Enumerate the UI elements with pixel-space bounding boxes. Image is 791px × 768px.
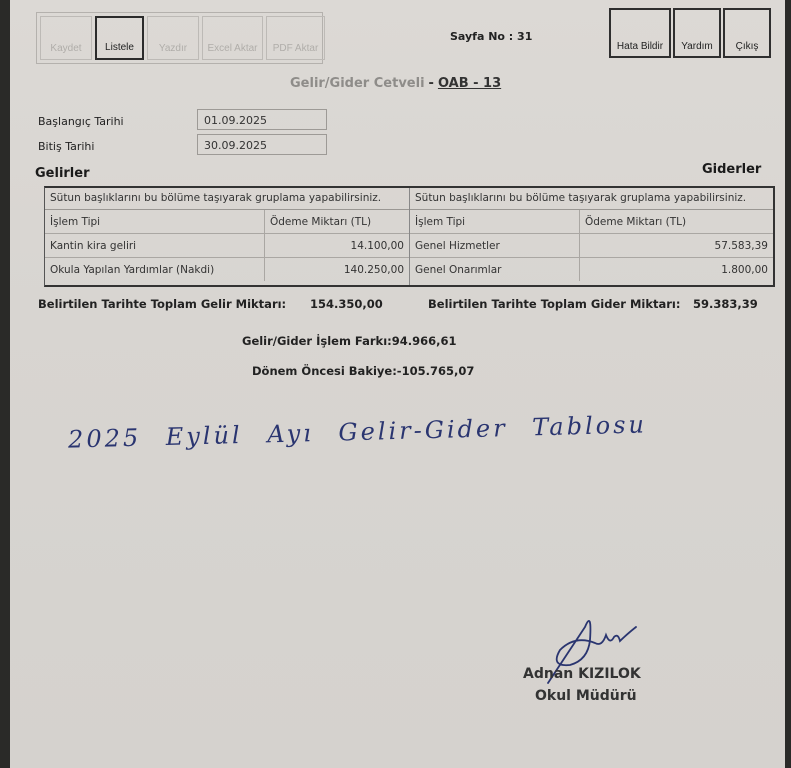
transaction-type-cell: Kantin kira geliri [45,234,265,257]
start-date-label: Başlangıç Tarihi [38,115,124,128]
help-button[interactable]: Yardım [673,8,721,58]
exit-button[interactable]: Çıkış [723,8,771,58]
grids-container: Sütun başlıklarını bu bölüme taşıyarak g… [44,186,775,287]
amount-cell: 14.100,00 [265,234,409,257]
column-header-transaction-type[interactable]: İşlem Tipi [410,210,580,233]
table-row[interactable]: Genel Hizmetler 57.583,39 [410,234,773,258]
report-error-button[interactable]: Hata Bildir [609,8,671,58]
pdf-export-button[interactable]: PDF Aktar [266,16,325,60]
save-button[interactable]: Kaydet [40,16,92,60]
amount-cell: 1.800,00 [580,258,773,281]
title-text: Gelir/Gider Cetveli [290,76,425,91]
form-code: OAB - 13 [438,76,501,91]
table-row[interactable]: Okula Yapılan Yardımlar (Nakdi) 140.250,… [45,258,409,281]
page-number: Sayfa No : 31 [450,30,532,43]
title-separator: - [429,76,434,91]
expense-group-panel[interactable]: Sütun başlıklarını bu bölüme taşıyarak g… [410,188,773,210]
expense-heading: Giderler [702,162,761,177]
excel-export-button[interactable]: Excel Aktar [202,16,263,60]
page-title: Gelir/Gider Cetveli-OAB - 13 [290,76,501,91]
income-heading: Gelirler [35,166,90,181]
table-row[interactable]: Genel Onarımlar 1.800,00 [410,258,773,281]
expense-grid: Sütun başlıklarını bu bölüme taşıyarak g… [409,188,773,285]
end-date-label: Bitiş Tarihi [38,140,94,153]
signer-name: Adnan KIZILOK [523,666,641,682]
amount-cell: 140.250,00 [265,258,409,281]
transaction-type-cell: Genel Hizmetler [410,234,580,257]
action-toolbar: Kaydet Listele Yazdır Excel Aktar PDF Ak… [36,12,323,64]
handwritten-note: 2025 Eylül Ayı Gelir-Gider Tablosu [68,410,648,453]
transaction-type-cell: Okula Yapılan Yardımlar (Nakdi) [45,258,265,281]
income-grid: Sütun başlıklarını bu bölüme taşıyarak g… [45,188,409,285]
expense-total-label: Belirtilen Tarihte Toplam Gider Miktarı: [428,297,680,311]
difference-summary: Gelir/Gider İşlem Farkı:94.966,61 [242,334,457,348]
amount-cell: 57.583,39 [580,234,773,257]
transaction-type-cell: Genel Onarımlar [410,258,580,281]
income-group-panel[interactable]: Sütun başlıklarını bu bölüme taşıyarak g… [45,188,409,210]
help-toolbar: Hata Bildir Yardım Çıkış [609,8,773,58]
income-total-label: Belirtilen Tarihte Toplam Gelir Miktarı: [38,297,286,311]
income-total-value: 154.350,00 [310,297,383,311]
column-header-amount[interactable]: Ödeme Miktarı (TL) [580,210,773,233]
signer-role: Okul Müdürü [535,688,637,704]
expense-total-value: 59.383,39 [693,297,758,311]
income-header-row: İşlem Tipi Ödeme Miktarı (TL) [45,210,409,234]
table-row[interactable]: Kantin kira geliri 14.100,00 [45,234,409,258]
previous-balance: Dönem Öncesi Bakiye:-105.765,07 [252,364,474,378]
print-button[interactable]: Yazdır [147,16,199,60]
column-header-transaction-type[interactable]: İşlem Tipi [45,210,265,233]
column-header-amount[interactable]: Ödeme Miktarı (TL) [265,210,409,233]
expense-header-row: İşlem Tipi Ödeme Miktarı (TL) [410,210,773,234]
list-button[interactable]: Listele [95,16,144,60]
document-page: Kaydet Listele Yazdır Excel Aktar PDF Ak… [10,0,785,768]
end-date-field[interactable]: 30.09.2025 [197,134,327,155]
start-date-field[interactable]: 01.09.2025 [197,109,327,130]
